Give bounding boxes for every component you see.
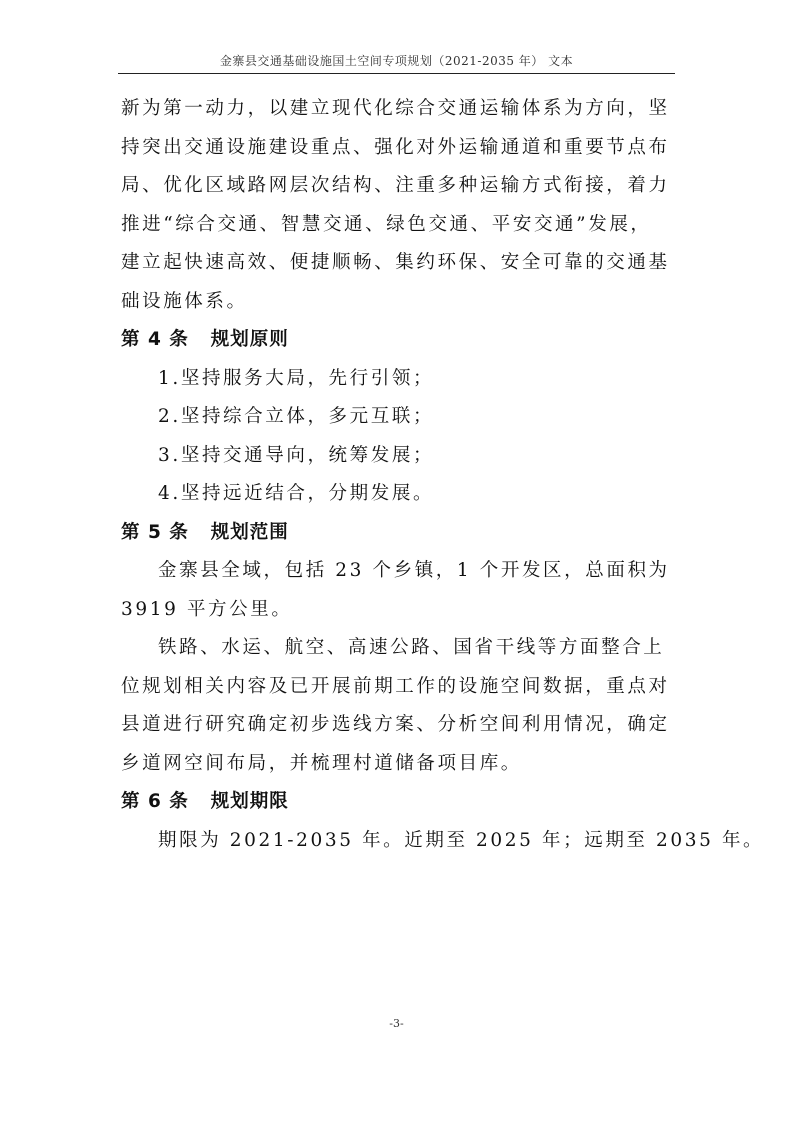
page-number: -3- [0,1017,793,1030]
scope-paragraph-line: 金寨县全域，包括 23 个乡镇，1 个开发区，总面积为 [121,552,677,591]
article-5-heading: 第 5 条规划范围 [121,514,677,553]
intro-line: 持突出交通设施建设重点、强化对外运输通道和重要节点布 [121,129,677,168]
principle-item: 4.坚持远近结合，分期发展。 [121,475,677,514]
principle-item: 1.坚持服务大局，先行引领； [121,360,677,399]
intro-line: 局、优化区域路网层次结构、注重多种运输方式衔接，着力 [121,167,677,206]
scope-paragraph-line: 位规划相关内容及已开展前期工作的设施空间数据，重点对 [121,668,677,707]
article-6-heading: 第 6 条规划期限 [121,783,677,822]
scope-paragraph-line: 乡道网空间布局，并梳理村道储备项目库。 [121,745,677,784]
article-4-title: 规划原则 [211,329,289,350]
intro-line: 础设施体系。 [121,283,677,322]
article-5-number: 第 5 条 [121,522,189,543]
period-paragraph-line: 期限为 2021-2035 年。近期至 2025 年；远期至 2035 年。 [121,822,677,861]
scope-paragraph-line: 铁路、水运、航空、高速公路、国省干线等方面整合上 [121,629,677,668]
article-5-title: 规划范围 [211,522,289,543]
scope-paragraph-line: 3919 平方公里。 [121,591,677,630]
intro-line: 建立起快速高效、便捷顺畅、集约环保、安全可靠的交通基 [121,244,677,283]
scope-paragraph-line: 县道进行研究确定初步选线方案、分析空间利用情况，确定 [121,706,677,745]
intro-line: 推进“综合交通、智慧交通、绿色交通、平安交通”发展， [121,206,677,245]
article-6-number: 第 6 条 [121,791,189,812]
principle-item: 3.坚持交通导向，统筹发展； [121,437,677,476]
article-6-title: 规划期限 [211,791,289,812]
page-header-title: 金寨县交通基础设施国土空间专项规划（2021-2035 年） 文本 [118,52,675,69]
article-4-heading: 第 4 条规划原则 [121,321,677,360]
document-body: 新为第一动力，以建立现代化综合交通运输体系为方向，坚 持突出交通设施建设重点、强… [121,90,677,860]
principle-item: 2.坚持综合立体，多元互联； [121,398,677,437]
intro-line: 新为第一动力，以建立现代化综合交通运输体系为方向，坚 [121,90,677,129]
article-4-number: 第 4 条 [121,329,189,350]
header-divider [118,73,675,74]
